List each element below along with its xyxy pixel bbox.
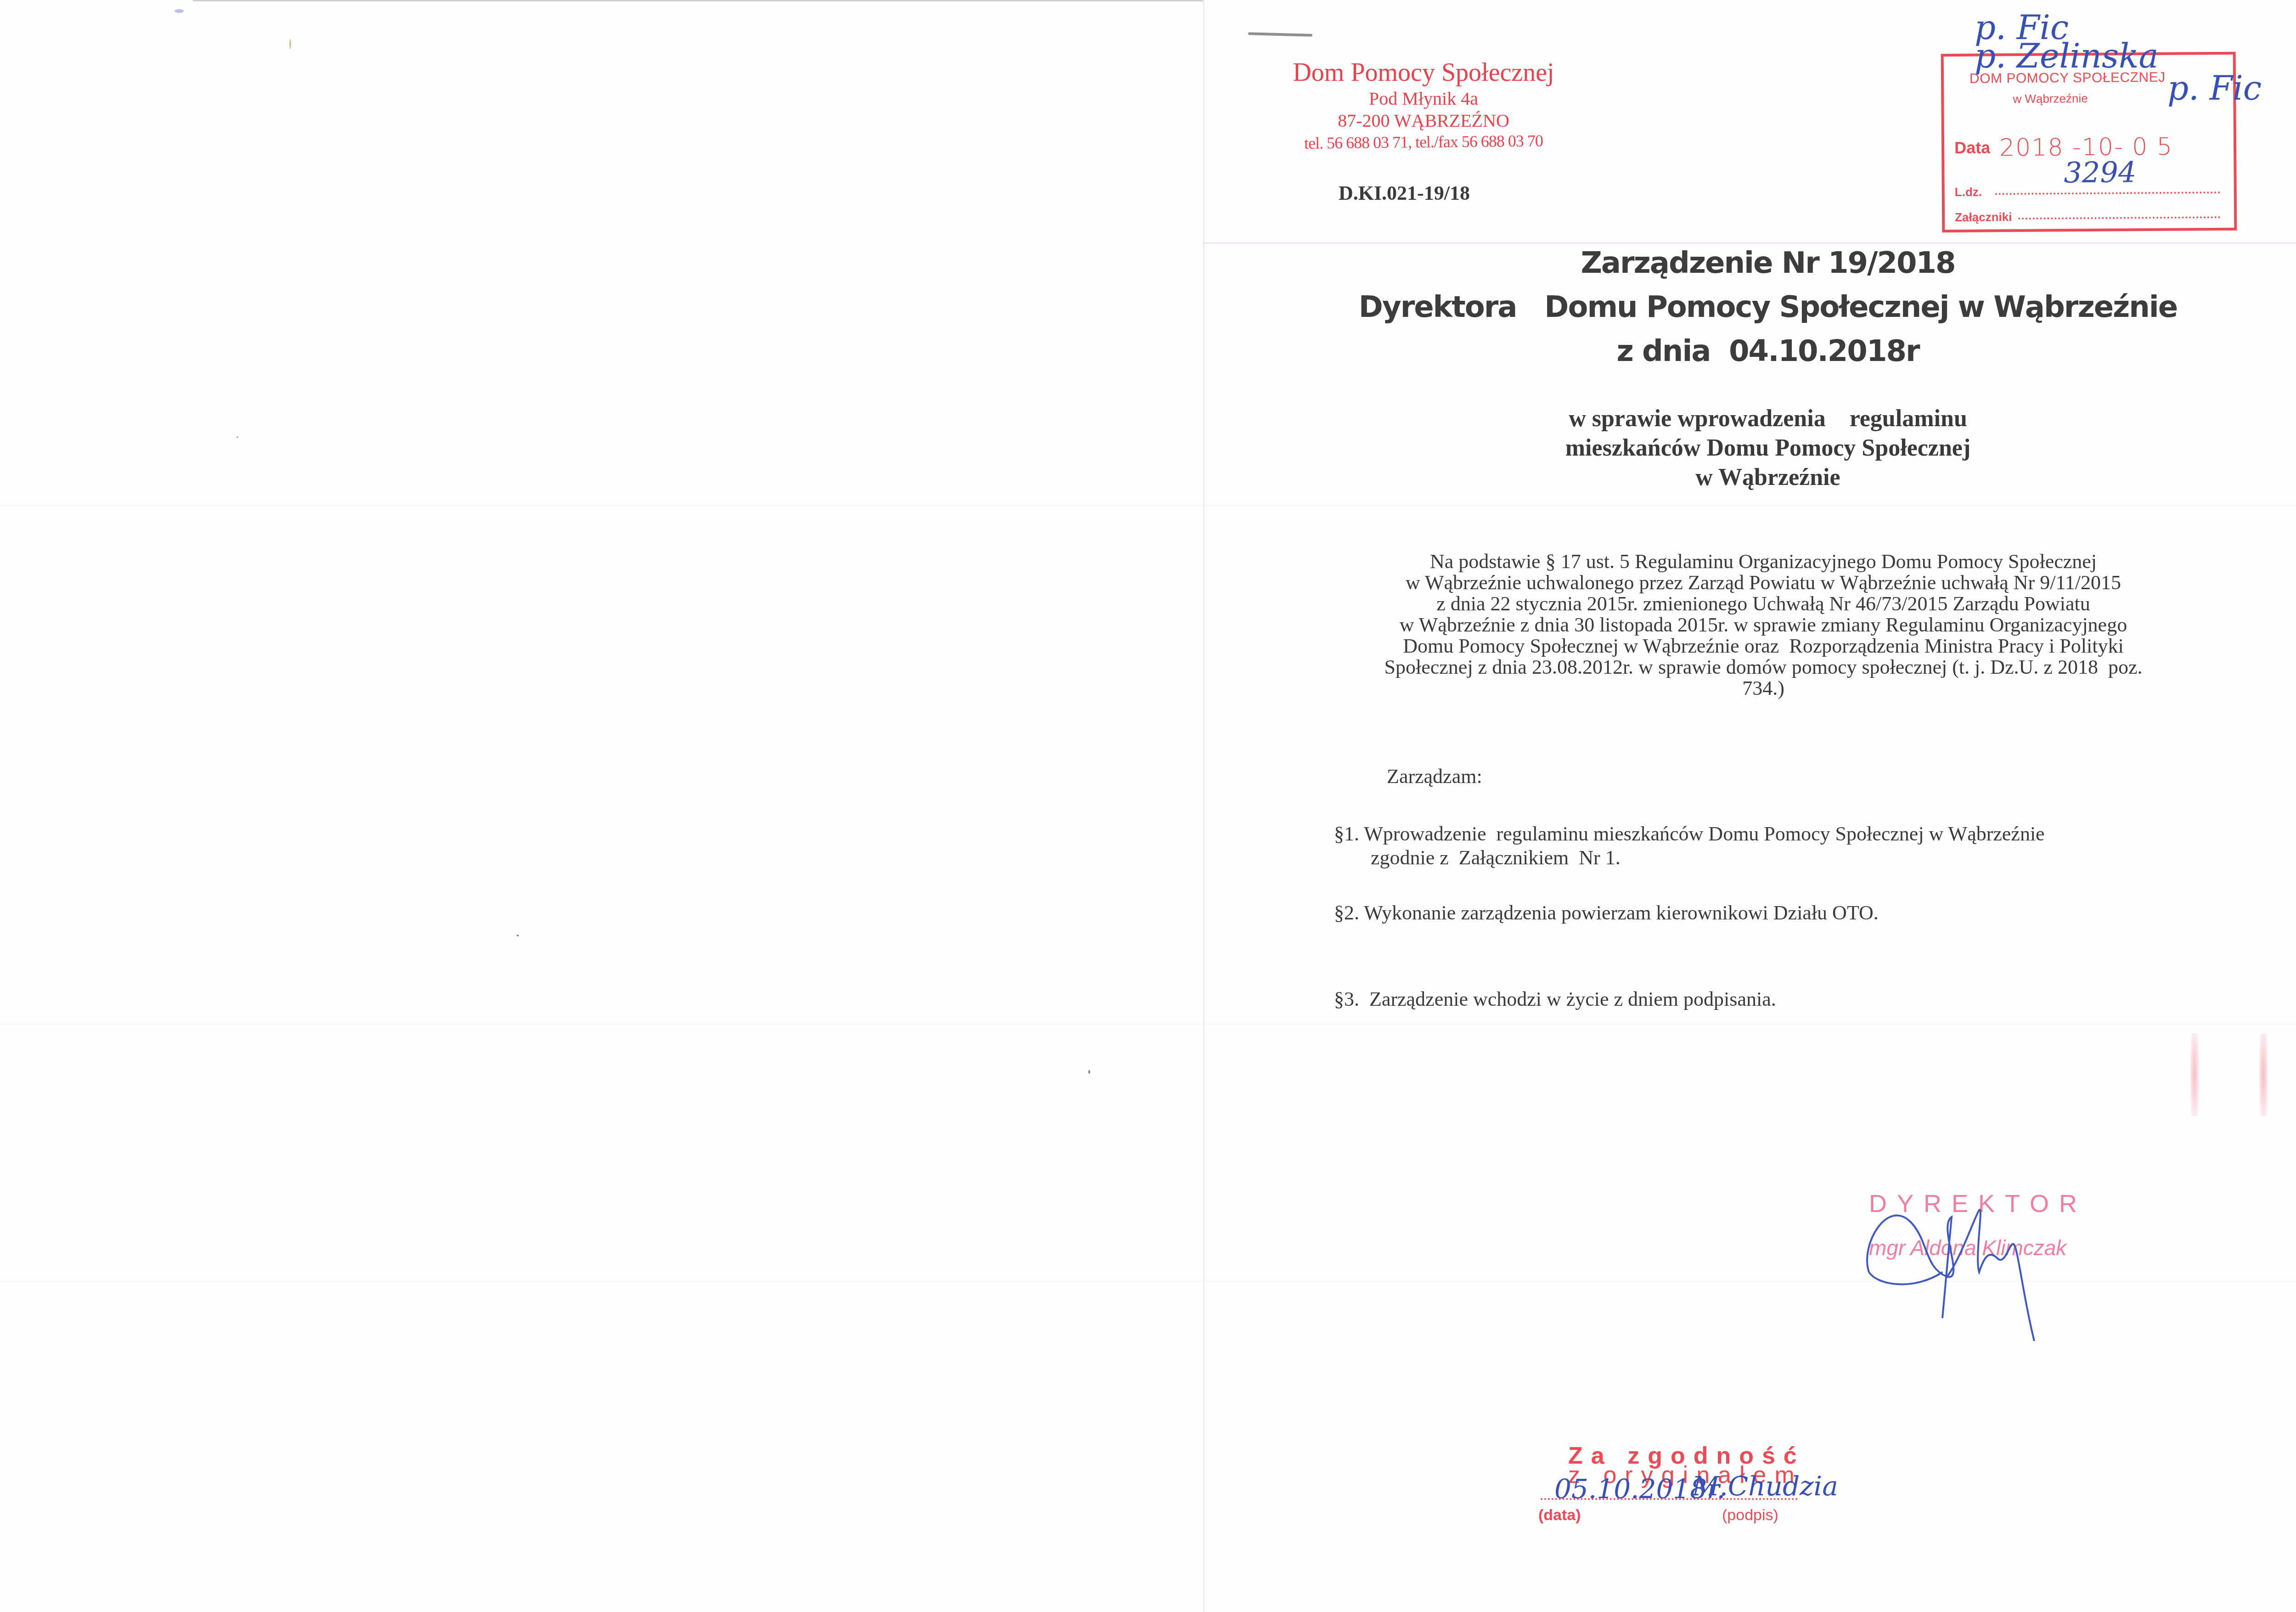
stamp-attachments-line [2018, 216, 2220, 220]
certified-signature-label: (podpis) [1722, 1506, 1778, 1524]
stamp-ldz-label: L.dz. [1955, 185, 1982, 199]
section-3: §3. Zarządzenie wchodzi w życie z dniem … [1334, 987, 1776, 1011]
title-line-1: Zarządzenie Nr 19/2018 [1332, 241, 2204, 285]
institution-name: Dom Pomocy Społecznej [1258, 57, 1589, 88]
stamp-ldz-value: 3294 [2064, 155, 2136, 189]
ink-speck [236, 436, 238, 438]
section-1-continuation: zgodnie z Załącznikiem Nr 1. [1371, 846, 1621, 870]
title-line-2: Dyrektora Domu Pomocy Społecznej w Wąbrz… [1332, 285, 2204, 329]
stamp-location: w Wąbrzeźnie [2013, 91, 2088, 106]
reference-number: D.KI.021-19/18 [1339, 181, 1470, 205]
certified-dotted-line [1541, 1498, 1798, 1500]
legal-basis-paragraph: Na podstawie § 17 ust. 5 Regulaminu Orga… [1212, 551, 2296, 699]
institution-phones: tel. 56 688 03 71, tel./fax 56 688 03 70 [1258, 130, 1589, 154]
legal-basis-line: Społecznej z dnia 23.08.2012r. w sprawie… [1212, 657, 2296, 678]
ink-speck [517, 935, 519, 936]
handwritten-note: p. Zelinska [1975, 37, 2158, 75]
certified-date-label: (data) [1538, 1506, 1581, 1524]
handwritten-note: p. Fic [2167, 69, 2262, 107]
page-fold-line [1203, 0, 1204, 1612]
certified-signature: M.Chudzia [1692, 1471, 1838, 1502]
stamp-attachments-label: Załączniki [1955, 210, 2012, 225]
legal-basis-line: Domu Pomocy Społecznej w Wąbrzeźnie oraz… [1212, 636, 2296, 657]
director-signature [1860, 1167, 2053, 1341]
legal-basis-line: 734.) [1212, 678, 2296, 699]
stamp-ldz-line [1995, 192, 2220, 195]
ink-speck [289, 39, 291, 49]
stamp-smudge [2190, 1033, 2199, 1116]
institution-city: 87-200 WĄBRZEŹNO [1258, 110, 1589, 132]
legal-basis-line: w Wąbrzeźnie uchwalonego przez Zarząd Po… [1212, 572, 2296, 593]
stamp-date-label: Data [1954, 138, 1990, 158]
subject-line-1: w sprawie wprowadzenia regulaminu [1355, 404, 2181, 434]
letterhead-stamp: Dom Pomocy Społecznej Pod Młynik 4a 87-2… [1258, 57, 1589, 152]
section-2: §2. Wykonanie zarządzenia powierzam kier… [1334, 901, 1879, 925]
ink-speck [174, 9, 184, 13]
ink-speck [1088, 1070, 1090, 1074]
document-title: Zarządzenie Nr 19/2018 Dyrektora Domu Po… [1332, 241, 2204, 373]
stamp-smudge [2259, 1033, 2268, 1116]
left-page-blank [0, 0, 1203, 1612]
title-line-3: z dnia 04.10.2018r [1332, 329, 2204, 373]
subject-line-3: w Wąbrzeźnie [1355, 463, 2181, 492]
order-intro: Zarządzam: [1387, 765, 1482, 788]
legal-basis-line: z dnia 22 stycznia 2015r. zmienionego Uc… [1212, 593, 2296, 614]
subject-line-2: mieszkańców Domu Pomocy Społecznej [1355, 434, 2181, 463]
section-1: §1. Wprowadzenie regulaminu mieszkańców … [1334, 822, 2045, 846]
institution-street: Pod Młynik 4a [1258, 88, 1589, 110]
legal-basis-line: Na podstawie § 17 ust. 5 Regulaminu Orga… [1212, 551, 2296, 572]
document-subject: w sprawie wprowadzenia regulaminu mieszk… [1355, 404, 2181, 492]
legal-basis-line: w Wąbrzeźnie z dnia 30 listopada 2015r. … [1212, 614, 2296, 636]
